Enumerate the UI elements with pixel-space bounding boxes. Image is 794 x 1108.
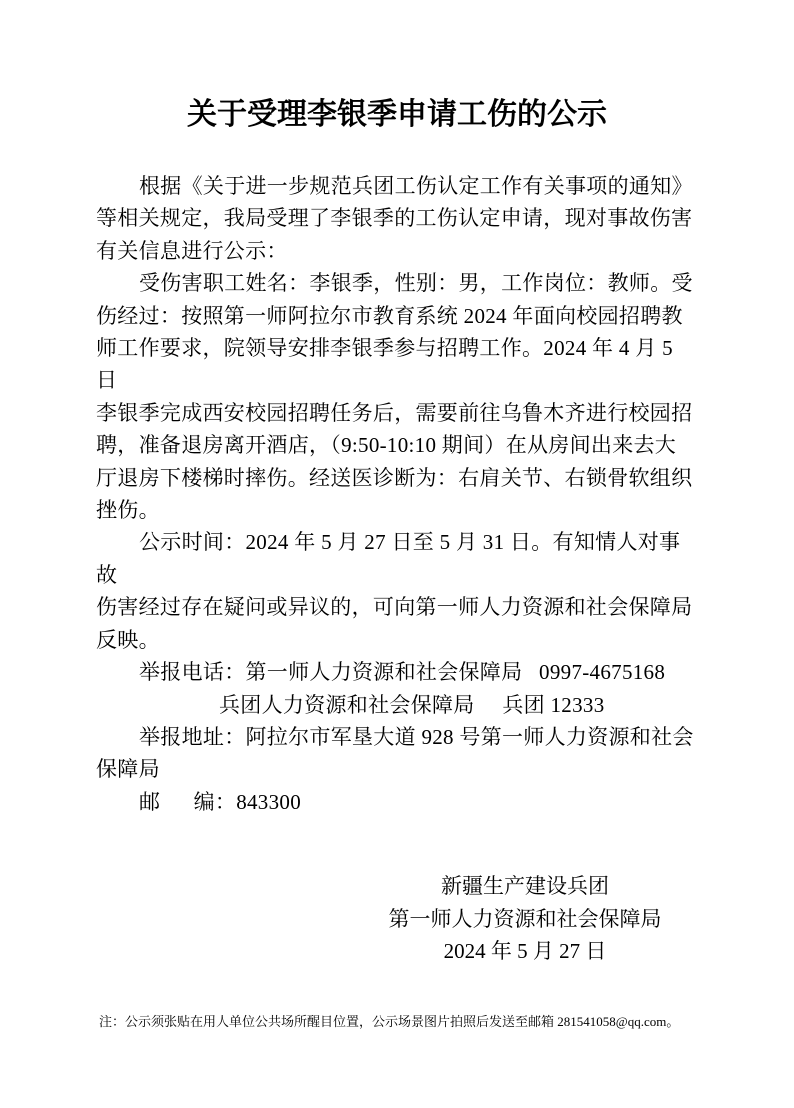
signature-org-line1: 新疆生产建设兵团 [340, 870, 710, 902]
notice-line: 挫伤。 [96, 494, 698, 526]
notice-line: 伤经过：按照第一师阿拉尔市教育系统 2024 年面向校园招聘教 [96, 300, 698, 332]
notice-line: 邮 编：843300 [96, 786, 698, 818]
notice-line: 举报电话：第一师人力资源和社会保障局 0997-4675168 [96, 656, 698, 688]
notice-line: 受伤害职工姓名：李银季，性别：男，工作岗位：教师。受 [96, 267, 698, 299]
signature-date: 2024 年 5 月 27 日 [340, 935, 710, 967]
notice-line: 保障局 [96, 753, 698, 785]
notice-document: 关于受理李银季申请工伤的公示 根据《关于进一步规范兵团工伤认定工作有关事项的通知… [0, 0, 794, 1108]
footnote-note: 注：公示须张贴在用人单位公共场所醒目位置，公示场景图片拍照后发送至邮箱 2815… [99, 1013, 719, 1031]
notice-line: 公示时间：2024 年 5 月 27 日至 5 月 31 日。有知情人对事故 [96, 526, 698, 591]
notice-line: 厅退房下楼梯时摔伤。经送医诊断为：右肩关节、右锁骨软组织 [96, 462, 698, 494]
notice-title: 关于受理李银季申请工伤的公示 [0, 0, 794, 134]
signature-block: 新疆生产建设兵团 第一师人力资源和社会保障局 2024 年 5 月 27 日 [340, 870, 710, 967]
notice-line: 聘，准备退房离开酒店，（9:50-10:10 期间）在从房间出来去大 [96, 429, 698, 461]
notice-line: 师工作要求，院领导安排李银季参与招聘工作。2024 年 4 月 5 日 [96, 332, 698, 397]
notice-line: 兵团人力资源和社会保障局 兵团 12333 [96, 689, 698, 721]
notice-line: 李银季完成西安校园招聘任务后，需要前往乌鲁木齐进行校园招 [96, 397, 698, 429]
notice-line: 伤害经过存在疑问或异议的，可向第一师人力资源和社会保障局 [96, 591, 698, 623]
notice-line: 根据《关于进一步规范兵团工伤认定工作有关事项的通知》 [96, 170, 698, 202]
notice-line: 有关信息进行公示： [96, 235, 698, 267]
notice-body: 根据《关于进一步规范兵团工伤认定工作有关事项的通知》等相关规定，我局受理了李银季… [96, 170, 698, 818]
notice-line: 举报地址：阿拉尔市军垦大道 928 号第一师人力资源和社会 [96, 721, 698, 753]
notice-line: 反映。 [96, 624, 698, 656]
notice-line: 等相关规定，我局受理了李银季的工伤认定申请，现对事故伤害 [96, 202, 698, 234]
signature-org-line2: 第一师人力资源和社会保障局 [340, 903, 710, 935]
